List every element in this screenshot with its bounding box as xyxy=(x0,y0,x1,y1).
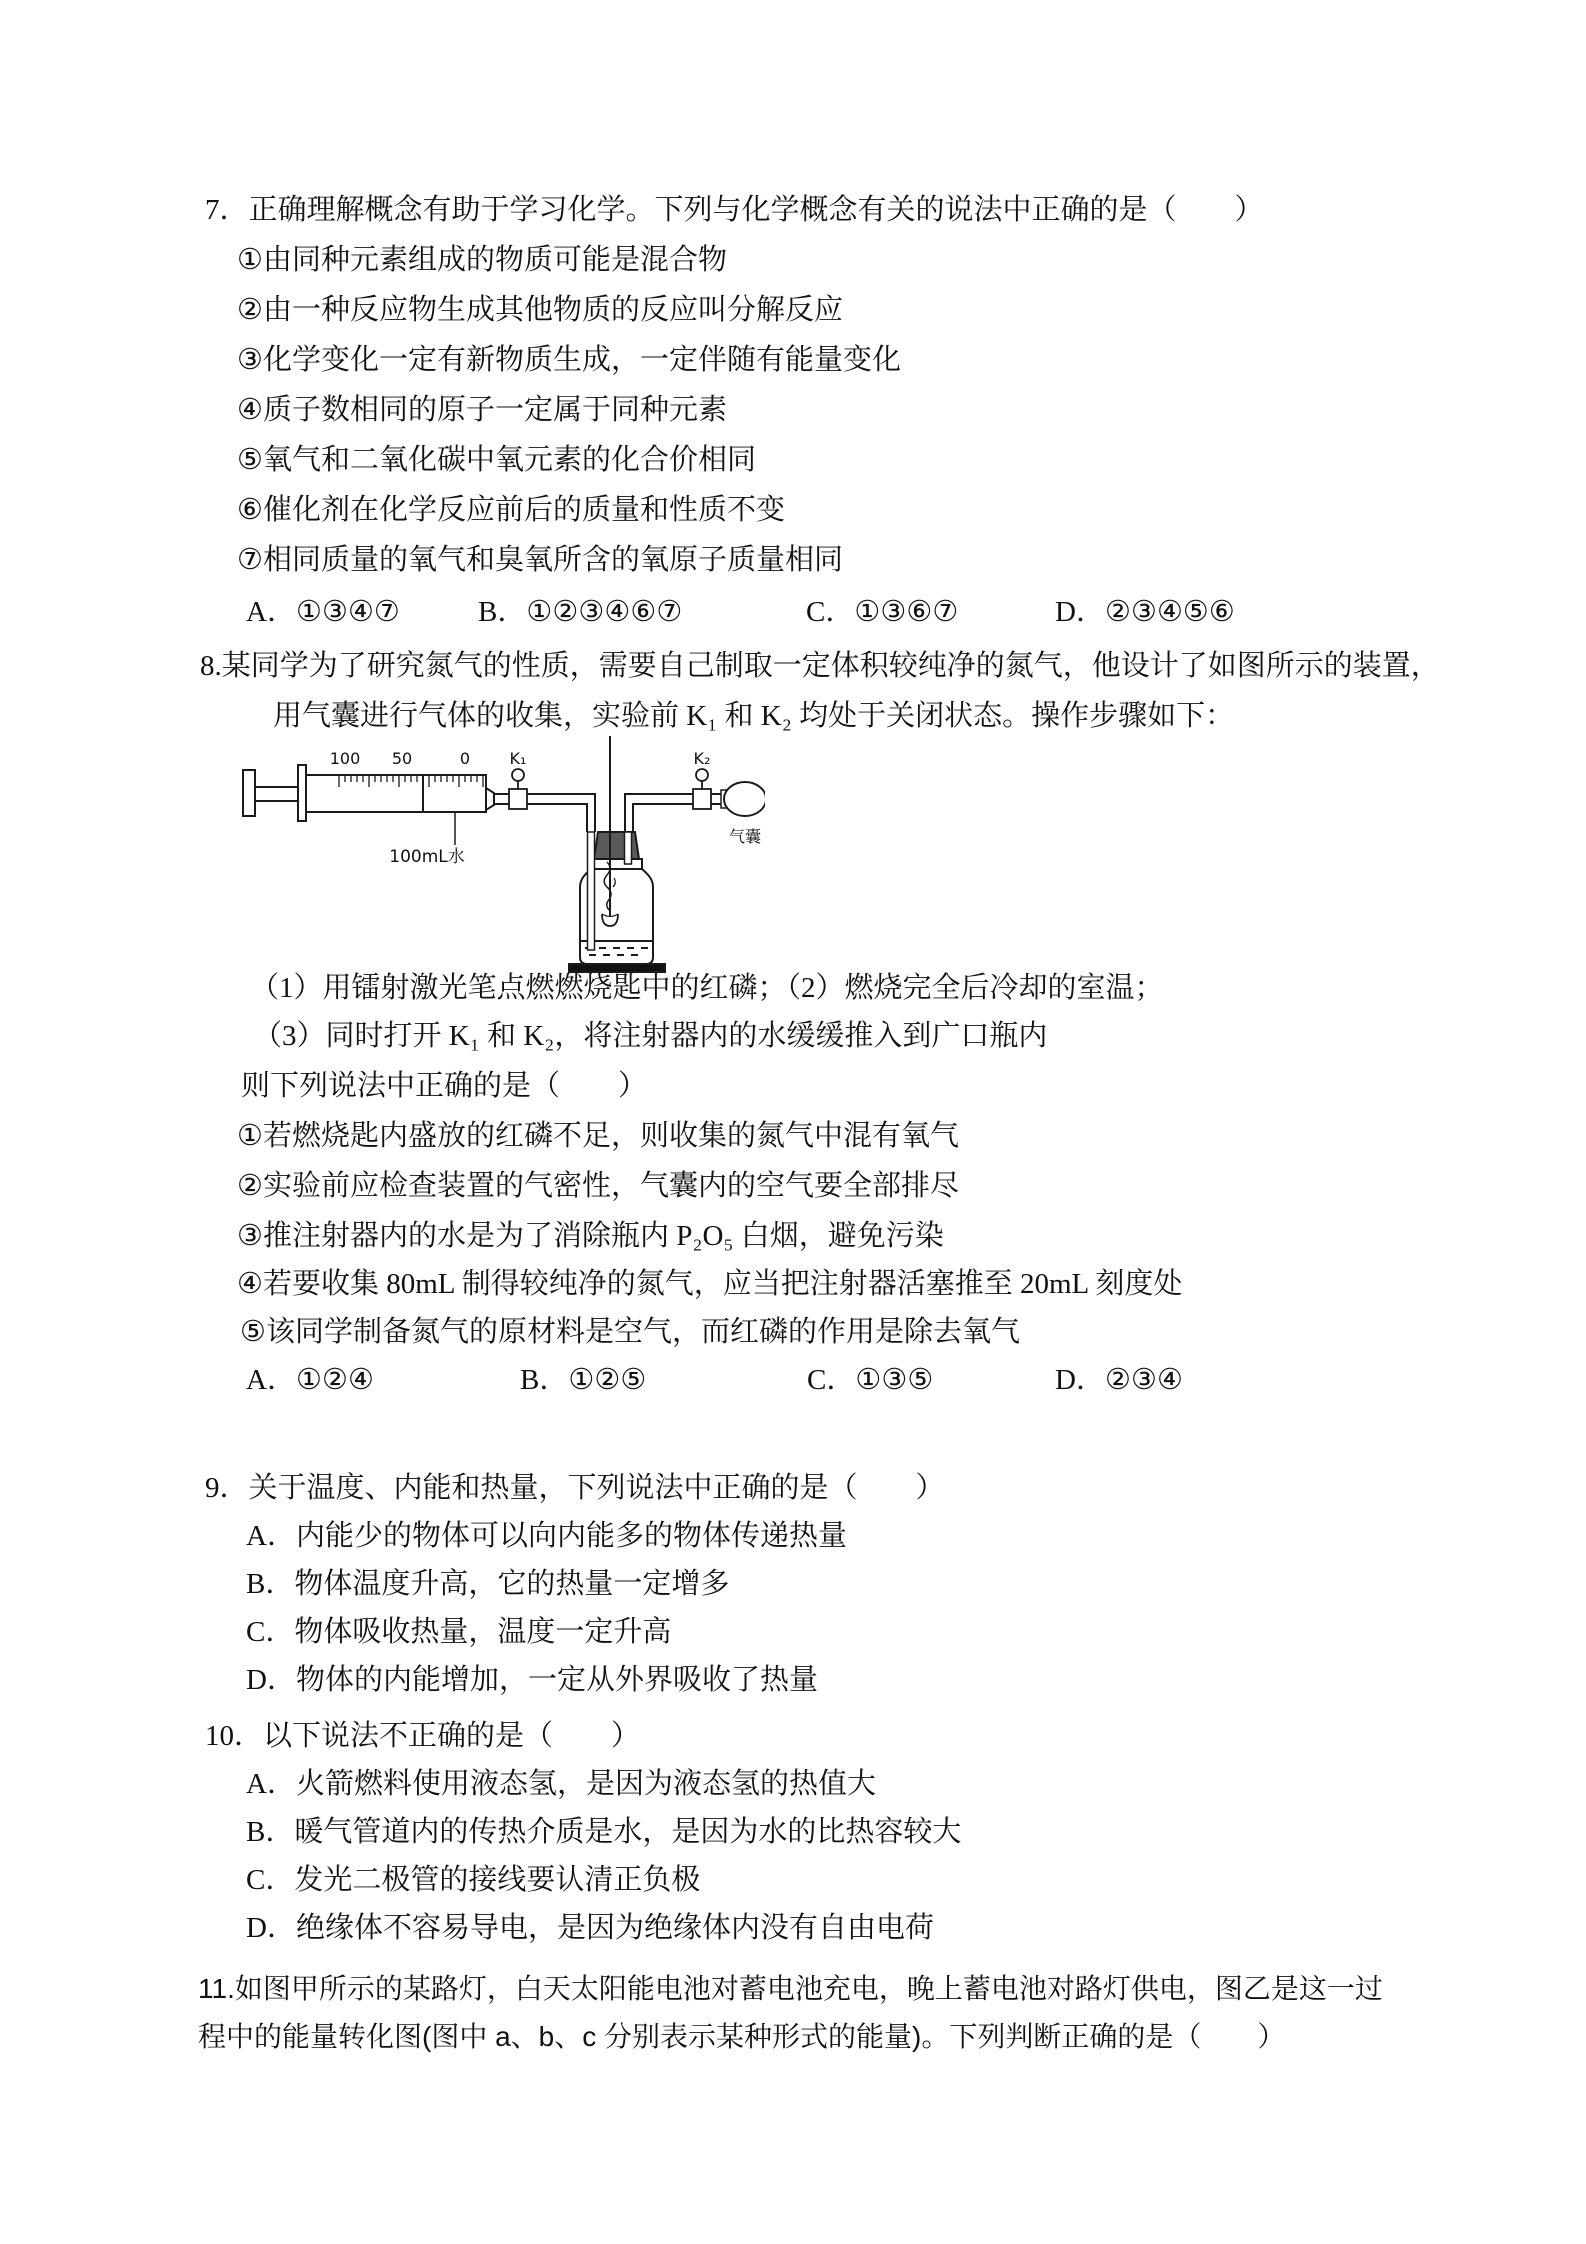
q7-item-5: ⑤氧气和二氧化碳中氧元素的化合价相同 xyxy=(237,442,756,478)
syringe-barrel-flange xyxy=(298,765,306,821)
q7-options: A．①③④⑦ B．①②③④⑥⑦ C．①③⑥⑦ D．②③④⑤⑥ xyxy=(0,594,1586,630)
syringe-nozzle xyxy=(486,788,494,810)
tube-right-top xyxy=(625,794,693,832)
q8-option-c: C．①③⑤ xyxy=(807,1362,933,1398)
q7-item-7: ⑦相同质量的氧气和臭氧所含的氧原子质量相同 xyxy=(237,542,843,578)
valve-k1-body xyxy=(509,789,527,809)
valve-k2-body xyxy=(693,789,711,809)
tube-right-bottom xyxy=(633,804,693,832)
q8-item-5: ⑤该同学制备氮气的原材料是空气，而红磷的作用是除去氧气 xyxy=(240,1314,1020,1350)
syringe-scale-100: 100 xyxy=(330,749,361,768)
q9-header: 9．关于温度、内能和热量，下列说法中正确的是（ ） xyxy=(205,1470,945,1506)
q7-item-1: ①由同种元素组成的物质可能是混合物 xyxy=(237,242,727,278)
syringe-plunger-rod xyxy=(255,787,302,801)
q9-option-c: C．物体吸收热量，温度一定升高 xyxy=(246,1614,671,1650)
q8-option-d: D．②③④ xyxy=(1055,1362,1183,1398)
q7-item-6: ⑥催化剂在化学反应前后的质量和性质不变 xyxy=(237,492,785,528)
q10-option-d: D．绝缘体不容易导电，是因为绝缘体内没有自由电荷 xyxy=(246,1910,934,1946)
q7-item-3: ③化学变化一定有新物质生成，一定伴随有能量变化 xyxy=(237,342,901,378)
bottle-neck xyxy=(591,859,642,869)
q7-option-b: B．①②③④⑥⑦ xyxy=(478,594,682,630)
q8-text-line1: 8.某同学为了研究氮气的性质，需要自己制取一定体积较纯净的氮气，他设计了如图所示… xyxy=(200,648,1440,684)
syringe-scale-0: 0 xyxy=(460,749,470,768)
q7-item-4: ④质子数相同的原子一定属于同种元素 xyxy=(237,392,727,428)
q8-item-4: ④若要收集 80mL 制得较纯净的氮气，应当把注射器活塞推至 20mL 刻度处 xyxy=(237,1266,1182,1302)
apparatus-figure: 100 50 0 K₁ K₂ 100mL水 气囊 xyxy=(165,728,765,973)
q10-option-b: B．暖气管道内的传热介质是水，是因为水的比热容较大 xyxy=(246,1814,961,1850)
q8-options: A．①②④ B．①②⑤ C．①③⑤ D．②③④ xyxy=(0,1362,1586,1398)
syringe-plunger-flange xyxy=(243,770,255,816)
q8-option-a: A．①②④ xyxy=(246,1362,374,1398)
q7-option-c: C．①③⑥⑦ xyxy=(806,594,958,630)
syringe-scale-50: 50 xyxy=(392,749,412,768)
valve-k1-handle xyxy=(512,769,524,781)
q7-item-2: ②由一种反应物生成其他物质的反应叫分解反应 xyxy=(237,292,843,328)
q8-steps-line2: （3）同时打开 K₁ 和 K₂，将注射器内的水缓缓推入到广口瓶内 xyxy=(253,1018,1047,1054)
tube-left-in-bottle xyxy=(588,832,595,950)
q9-option-b: B．物体温度升高，它的热量一定增多 xyxy=(246,1566,729,1602)
tube-left-bottom xyxy=(494,804,587,832)
q9-option-a: A．内能少的物体可以向内能多的物体传递热量 xyxy=(246,1518,847,1554)
q7-option-a: A．①③④⑦ xyxy=(246,594,400,630)
valve-k2-label: K₂ xyxy=(694,749,711,768)
syringe-water-label: 100mL水 xyxy=(389,847,464,867)
q8-item-1: ①若燃烧匙内盛放的红磷不足，则收集的氮气中混有氧气 xyxy=(237,1118,959,1154)
q8-option-b: B．①②⑤ xyxy=(520,1362,646,1398)
q8-steps-line1: （1）用镭射激光笔点燃燃烧匙中的红磷；（2）燃烧完全后冷却的室温； xyxy=(250,970,1164,1006)
q10-header: 10．以下说法不正确的是（ ） xyxy=(205,1718,640,1754)
q10-option-c: C．发光二极管的接线要认清正负极 xyxy=(246,1862,700,1898)
q9-option-d: D．物体的内能增加，一定从外界吸收了热量 xyxy=(246,1662,818,1698)
q11-text-line2: 程中的能量转化图(图中 a、b、c 分别表示某种形式的能量)。下列判断正确的是（… xyxy=(198,2019,1285,2055)
q10-option-a: A．火箭燃料使用液态氢，是因为液态氢的热值大 xyxy=(246,1766,876,1802)
valve-k2-handle xyxy=(696,769,708,781)
q7-option-d: D．②③④⑤⑥ xyxy=(1055,594,1235,630)
q8-item-2: ②实验前应检查装置的气密性，气囊内的空气要全部排尽 xyxy=(237,1168,959,1204)
q7-header: 7．正确理解概念有助于学习化学。下列与化学概念有关的说法中正确的是（ ） xyxy=(205,192,1264,228)
valve-k1-label: K₁ xyxy=(510,749,527,768)
q8-prompt: 则下列说法中正确的是（ ） xyxy=(241,1068,647,1104)
exam-page: 7．正确理解概念有助于学习化学。下列与化学概念有关的说法中正确的是（ ） ①由同… xyxy=(0,0,1586,2244)
tube-right-in-bottle xyxy=(625,832,632,864)
air-bag-label: 气囊 xyxy=(729,827,761,846)
q11-text-line1: 11.如图甲所示的某路灯，白天太阳能电池对蓄电池充电，晚上蓄电池对路灯供电，图乙… xyxy=(198,1971,1383,2007)
q8-item-3: ③推注射器内的水是为了消除瓶内 P₂O₅ 白烟，避免污染 xyxy=(237,1218,944,1254)
air-bag xyxy=(724,782,765,816)
